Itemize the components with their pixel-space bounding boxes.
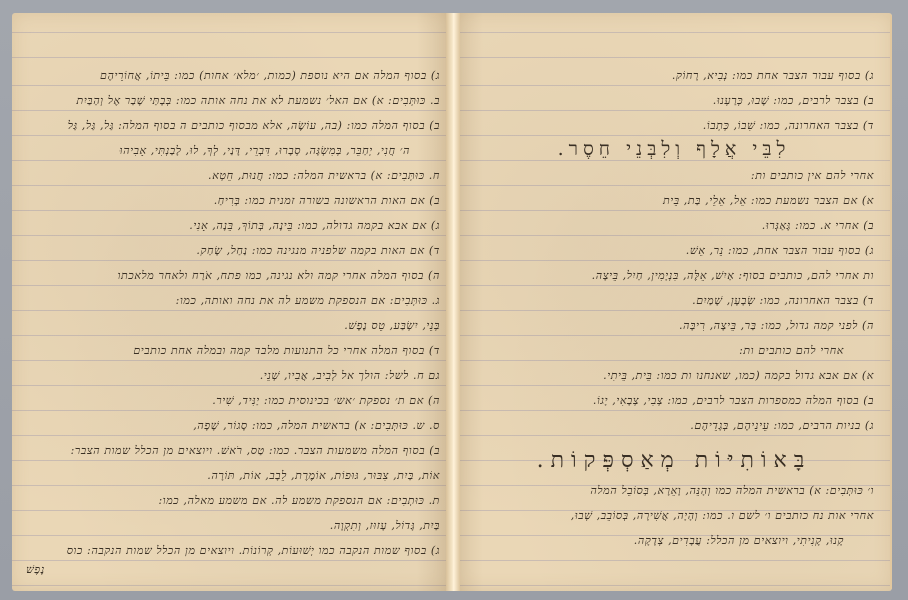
handwritten-line: א) אם הצבר נשמעת כמו: אֵל, אֵלֵי, בַּת, … bbox=[474, 188, 874, 213]
handwritten-line: אחרי להם אין כותבים ות: bbox=[474, 163, 874, 188]
handwritten-line: ב) בסוף המלה כמו: (בה, עוֹשֶׂה, אלא מבסו… bbox=[26, 113, 440, 138]
handwritten-line: ד) בסוף המלה אחרי כל התנועות מלבד קמה וב… bbox=[26, 338, 440, 363]
handwritten-line: א) אם אבא גדול בקמה (כמו, שאנחנו ות כמו:… bbox=[474, 363, 874, 388]
handwritten-line: ג) אם אבא בקמה גדולה, כמו: בֵּינָה, בְּת… bbox=[26, 213, 440, 238]
left-page: ג) בסוף המלה אם היא נוספת (כמות, ׳מלא׳ א… bbox=[12, 13, 452, 591]
handwritten-line: ח. כּוּתְּבִים: א) בראשית המלה: כמו: חֲנ… bbox=[26, 163, 440, 188]
handwritten-line: ס. ש. כּוּתְּבִים: א) בראשית המלה, כמו: … bbox=[26, 413, 440, 438]
scanned-image: ג) בסוף המלה אם היא נוספת (כמות, ׳מלא׳ א… bbox=[0, 0, 908, 600]
notebook-spread: ג) בסוף המלה אם היא נוספת (כמות, ׳מלא׳ א… bbox=[10, 13, 898, 593]
section-heading: לִבֵּי אֲלָף וְלִבְּנֵי חֵסֶר. bbox=[474, 138, 874, 163]
handwritten-line: ה) לפני קמה גדול, כמו: בַּר, בֵּיצָה, רִ… bbox=[474, 313, 874, 338]
handwritten-line: ד) בצבר האחרונה, כמו: שְׂבָעָן, שָׁמַיִם… bbox=[474, 288, 874, 313]
handwritten-line: בַּיִת, גָּדוֹל, עָזוּז, וְתִקְוָה. bbox=[26, 513, 440, 538]
handwritten-line: ות אחרי להם, כותבים בסוף: אַיִשׁ, אֵלֶּה… bbox=[474, 263, 874, 288]
handwritten-line: ג. כּוּתְּבִים: אם הנספקת משמע לה את נחה… bbox=[26, 288, 440, 313]
handwritten-line: ג) בסוף המלה אם היא נוספת (כמות, ׳מלא׳ א… bbox=[26, 63, 440, 88]
page-stack-edge bbox=[890, 15, 892, 589]
right-page-text: ג) בסוף עבור הצבר אחת כמו: נְבִיא, רָחוֹ… bbox=[452, 63, 892, 553]
handwritten-line: ו׳ כּוּתְּבִים: א) בראשית המלה כמו וְהָנ… bbox=[474, 478, 874, 503]
handwritten-line: ב) בסוף המלה משמעות הצבר. כמו: טַס, רֹאש… bbox=[26, 438, 440, 463]
handwritten-line: ד) אם האות בקמה שלפניה מנגינה כמו: נַחַל… bbox=[26, 238, 440, 263]
handwritten-line: ג) בניות הרבים, כמו: עֵינֵיהֶם, בְּגָדֵי… bbox=[474, 413, 874, 438]
handwritten-line: גם ח. לשל: הולך אל לְבִיב, אֲבִיו, שְׁנֵ… bbox=[26, 363, 440, 388]
handwritten-line: בְּנֵי, יִשְׂבַּע, טֵס נֶפֶשׁ. bbox=[26, 313, 440, 338]
binding-gutter bbox=[446, 13, 460, 591]
handwritten-line: ב) בסוף המלה כמספרות הצבר לרבים, כמו: צְ… bbox=[474, 388, 874, 413]
handwritten-line: אחרי אות נח כותבים ו׳ לשם ו. כמו: וְהָיָ… bbox=[474, 503, 874, 528]
handwritten-line: ג) בסוף עבור הצבר אחת כמו: נְבִיא, רָחוֹ… bbox=[474, 63, 874, 88]
handwritten-line: ג) בסוף עבור הצבר אחת, כמו: נֵר, אֵשׁ. bbox=[474, 238, 874, 263]
handwritten-line: נֶפֶשׁ bbox=[26, 563, 440, 579]
handwritten-line: ב. כּוּתְּבִים: א) אם האל׳ נשמעת לא את נ… bbox=[26, 88, 440, 113]
left-page-text: ג) בסוף המלה אם היא נוספת (כמות, ׳מלא׳ א… bbox=[12, 63, 452, 579]
handwritten-line: ב) אם האות הראשונה בשורה זמנית כמו: בְּר… bbox=[26, 188, 440, 213]
handwritten-line: ב) אחרי א. כמו: גָּאַגְּרוּ. bbox=[474, 213, 874, 238]
handwritten-line: קָנוּ, קָנִיתִי, ויוצאים מן הכלל: עֲבָדִ… bbox=[474, 528, 874, 553]
handwritten-line: ה) בסוף המלה אחרי קמה ולא נגינה, כמו פתח… bbox=[26, 263, 440, 288]
handwritten-line: ד) בצבר האחרונה, כמו: שִׁבוֹ, כְּתְבוֹ. bbox=[474, 113, 874, 138]
handwritten-line: ת. כּוּתְבִים: אם הנספקת משמע לה. אם משמ… bbox=[26, 488, 440, 513]
right-page: ג) בסוף עבור הצבר אחת כמו: נְבִיא, רָחוֹ… bbox=[452, 13, 892, 591]
section-heading: בָּאוֹתִיּוֹת מְאַסְפְּקוֹת. bbox=[474, 438, 874, 478]
handwritten-line: ה׳ חֲנִי, יְחַבֵּר, בְּמִשְׂגָּה, סְבָרו… bbox=[26, 138, 440, 163]
handwritten-line: אוֹת, בַּיִת, צִבּוּר, גּוּפוֹת, אוֹמֶרֶ… bbox=[26, 463, 440, 488]
handwritten-line: ג) בסוף שמות הנקבה כמו יְשׁוּעוֹת, קְרוֹ… bbox=[26, 538, 440, 563]
handwritten-line: אחרי להם כותבים ות: bbox=[474, 338, 874, 363]
handwritten-line: ב) בצבר לרבים, כמו: שָׁבוּ, כְּרַעְנוּ. bbox=[474, 88, 874, 113]
handwritten-line: ה) אם ת׳ נספקת ׳אש׳ בכינוסית כמו: יַנִּי… bbox=[26, 388, 440, 413]
